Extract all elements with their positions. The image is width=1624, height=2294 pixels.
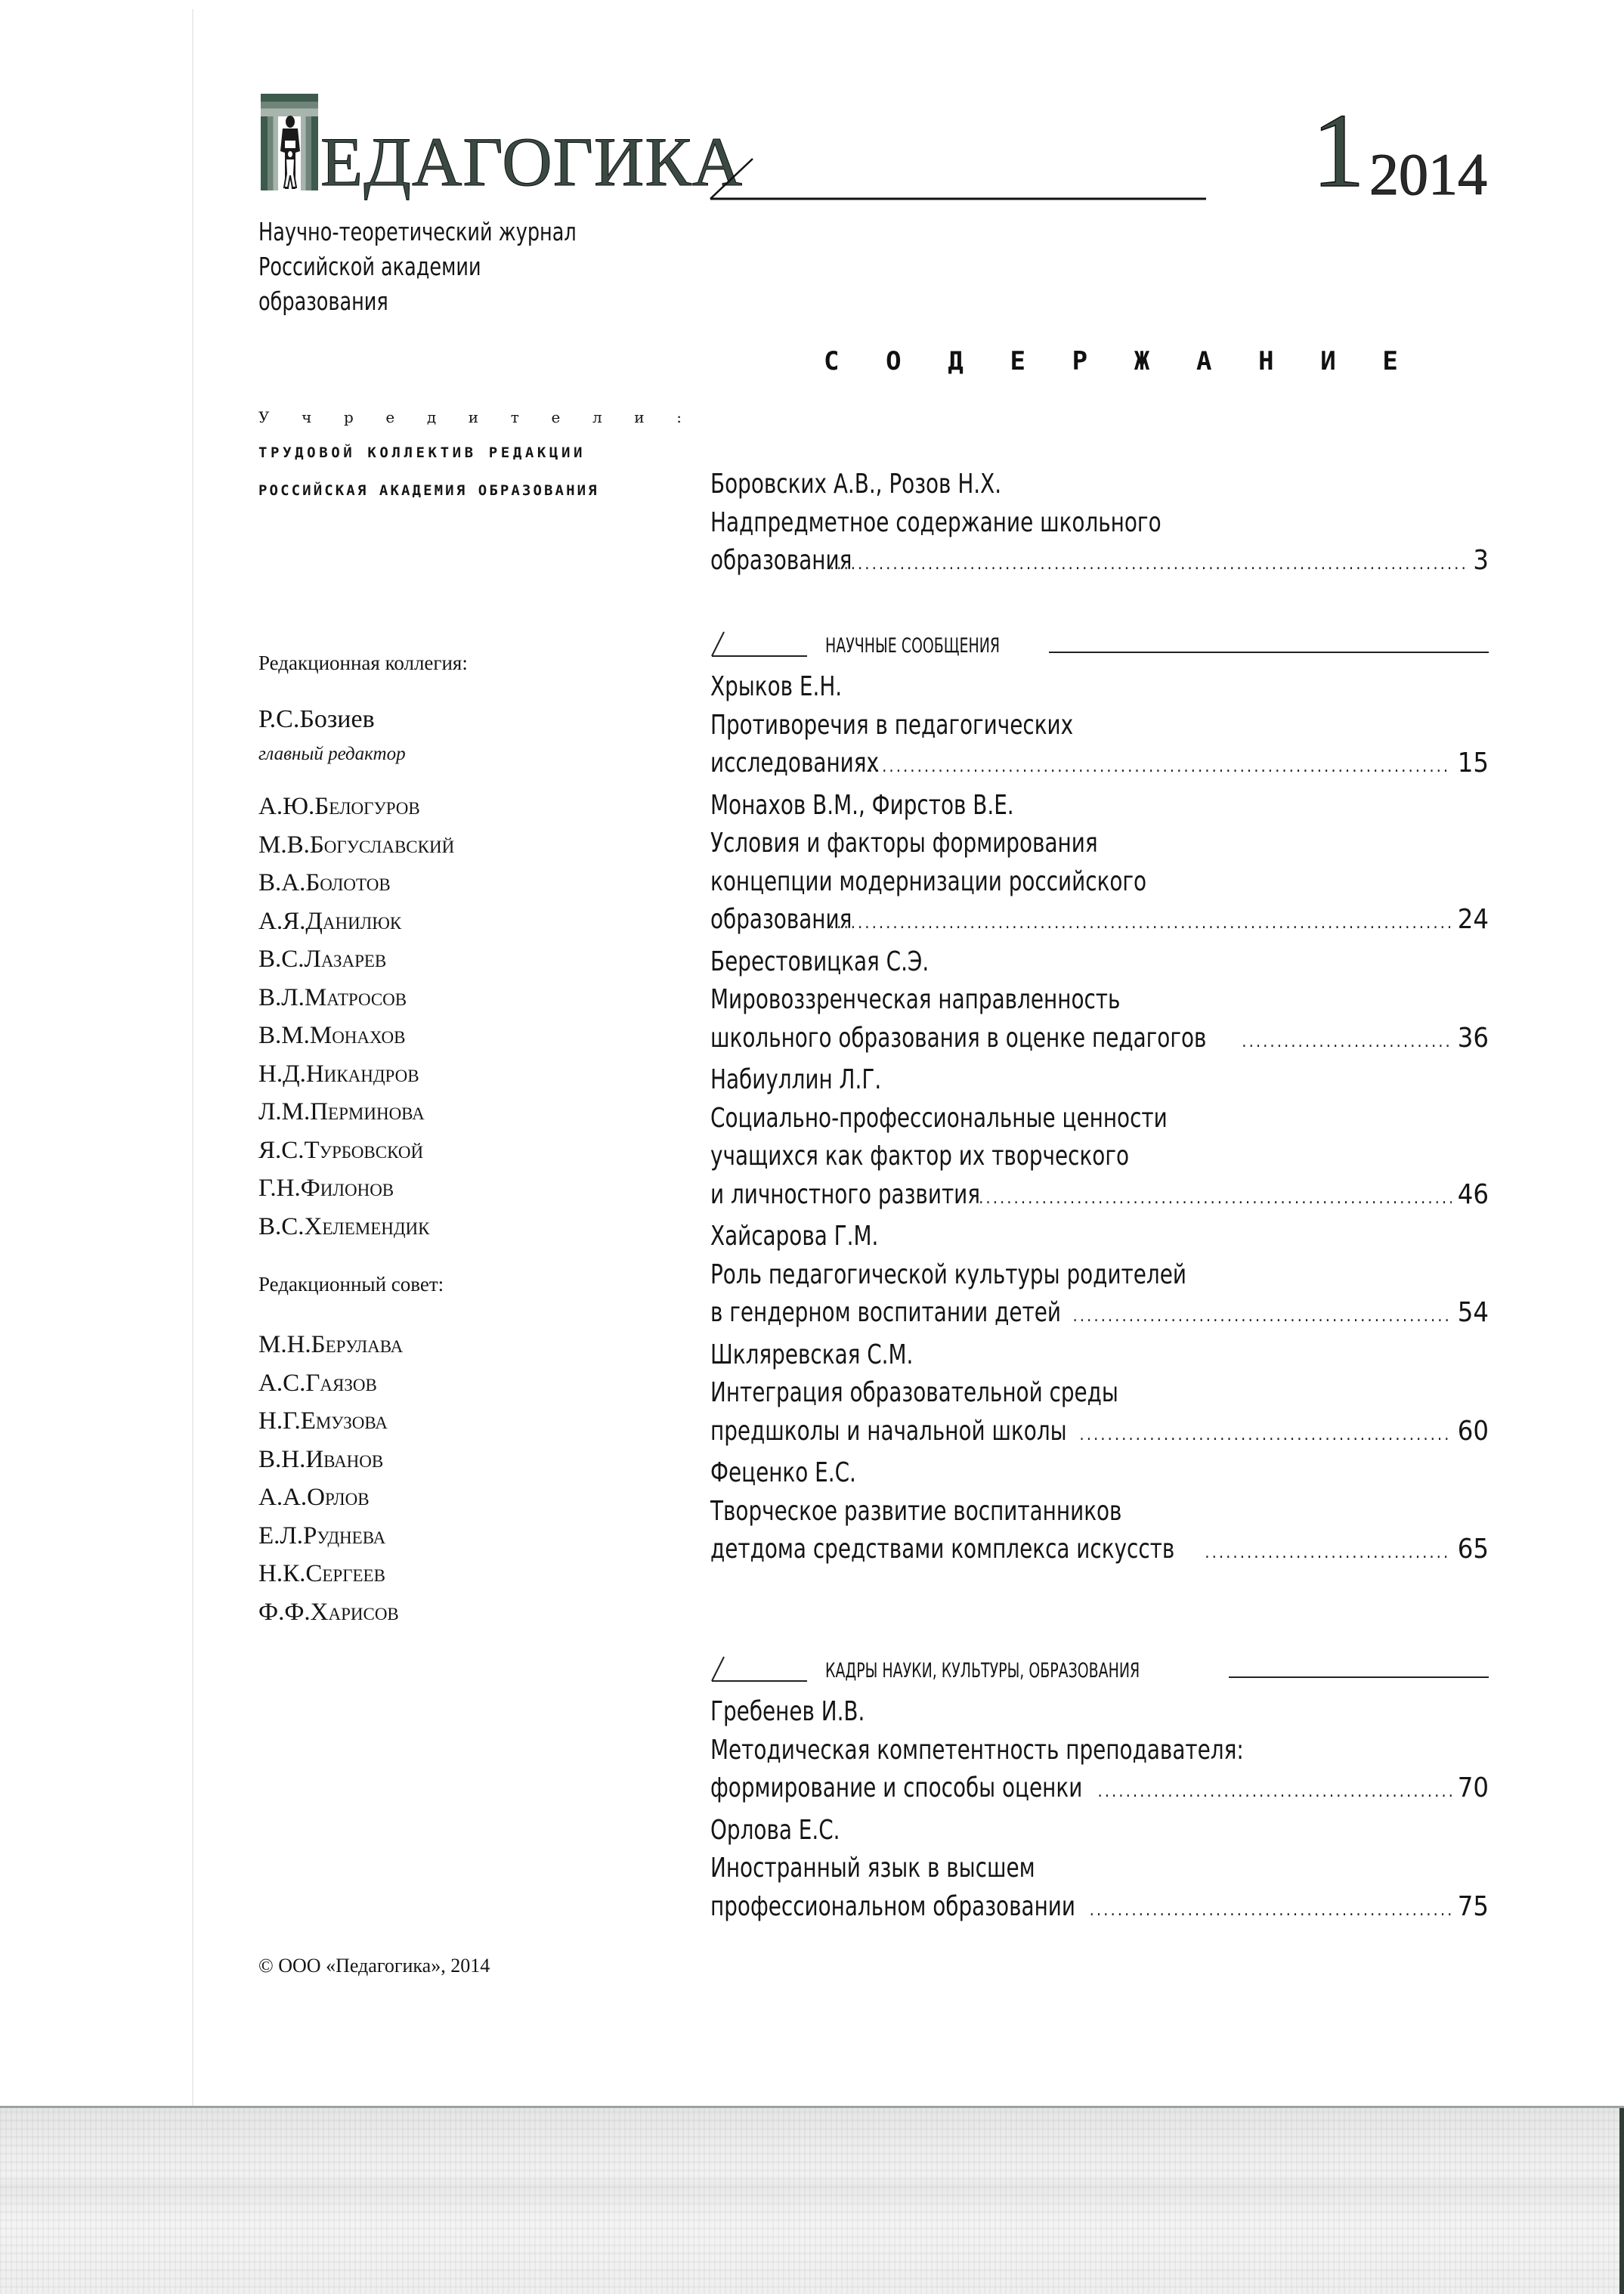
toc-title-line: детдома средствами комплекса искусств [710, 1531, 1174, 1569]
person-name: В.Л.Матросов [258, 979, 667, 1017]
toc-title-last-line: образования.............................… [710, 901, 1489, 943]
toc-title-last-line: исследованиях...........................… [710, 745, 1489, 787]
person-name: М.В.Богуславский [258, 826, 667, 865]
section-rule [1049, 652, 1489, 653]
letter: Д [948, 346, 963, 376]
toc-page-number: 3 [1473, 542, 1489, 580]
letter: С [824, 346, 839, 376]
toc-entry[interactable]: Гребенев И.В.Методическая компетентность… [710, 1693, 1489, 1812]
letter: А [1196, 346, 1211, 376]
toc-page-number: 54 [1458, 1294, 1489, 1333]
section-header-personnel: КАДРЫ НАУКИ, КУЛЬТУРЫ, ОБРАЗОВАНИЯ [710, 1649, 1489, 1683]
board-members-list: А.Ю.БелогуровМ.В.БогуславскийВ.А.Болотов… [258, 788, 667, 1246]
person-name: А.С.Гаязов [258, 1364, 667, 1403]
toc-page-number: 60 [1458, 1413, 1489, 1451]
board-heading: Редакционная коллегия: [258, 650, 667, 676]
issue-year: 2014 [1369, 145, 1487, 204]
letter: И [1320, 346, 1335, 376]
toc-entry[interactable]: Хрыков Е.Н.Противоречия в педагогических… [710, 668, 1489, 787]
letter: : [676, 408, 682, 426]
toc-title-last-line: детдома средствами комплекса искусств...… [710, 1531, 1489, 1573]
toc-page-number: 36 [1458, 1020, 1489, 1058]
toc-title-line: предшколы и начальной школы [710, 1413, 1067, 1451]
toc-author: Берестовицкая С.Э. [710, 943, 1380, 982]
toc-title-line: Противоречия в педагогических [710, 707, 1380, 745]
person-name: А.Ю.Белогуров [258, 788, 667, 826]
toc-leader-dots: ........................................… [830, 905, 1452, 943]
toc-title-line: и личностного развития [710, 1176, 980, 1215]
toc-author: Шкляревская С.М. [710, 1336, 1380, 1375]
toc-entry[interactable]: Орлова Е.С.Иностранный язык в высшемпроф… [710, 1812, 1489, 1930]
letter: е [385, 408, 394, 426]
toc-title-last-line: школьного образования в оценке педагогов… [710, 1020, 1489, 1062]
section-header-scientific-reports: НАУЧНЫЕ СООБЩЕНИЯ [710, 624, 1489, 658]
toc-title-last-line: профессиональном образовании............… [710, 1888, 1489, 1930]
toc-entry[interactable]: Берестовицкая С.Э.Мировоззренческая напр… [710, 943, 1489, 1062]
toc-page-number: 24 [1458, 901, 1489, 940]
council-members-list: М.Н.БерулаваА.С.ГаязовН.Г.ЕмузоваВ.Н.Ива… [258, 1326, 667, 1631]
toc-title-line: Творческое развитие воспитанников [710, 1493, 1380, 1531]
person-name: Н.Г.Емузова [258, 1402, 667, 1441]
subtitle-line: образования [258, 284, 577, 319]
person-name: В.Н.Иванов [258, 1441, 667, 1479]
toc-author: Гребенев И.В. [710, 1693, 1380, 1732]
toc-page-number: 46 [1458, 1176, 1489, 1215]
page-edge [192, 9, 193, 2110]
letter: Е [1010, 346, 1025, 376]
toc-page-number: 65 [1458, 1531, 1489, 1569]
founder-line: РОССИЙСКАЯ АКАДЕМИЯ ОБРАЗОВАНИЯ [258, 482, 599, 499]
toc-title-line: формирование и способы оценки [710, 1769, 1082, 1808]
toc-page-number: 70 [1458, 1769, 1489, 1808]
toc-entry[interactable]: Феценко Е.С.Творческое развитие воспитан… [710, 1454, 1489, 1573]
founder-line: ТРУДОВОЙ КОЛЛЕКТИВ РЕДАКЦИИ [258, 444, 586, 461]
toc-leader-dots: ........................................… [979, 1180, 1452, 1218]
toc-leader-dots: ........................................… [1079, 1416, 1451, 1455]
person-name: Я.С.Турбовской [258, 1132, 667, 1170]
person-name: Н.К.Сергеев [258, 1555, 667, 1593]
toc-lead: Боровских А.В., Розов Н.Х.Надпредметное … [710, 466, 1489, 584]
toc-author: Хайсарова Г.М. [710, 1218, 1380, 1256]
toc-leader-dots: ........................................… [1205, 1534, 1452, 1573]
letter: л [592, 408, 602, 426]
section-heading: КАДРЫ НАУКИ, КУЛЬТУРЫ, ОБРАЗОВАНИЯ [825, 1659, 1140, 1683]
subtitle-line: Российской академии [258, 249, 577, 284]
person-name: А.А.Орлов [258, 1478, 667, 1517]
person-name: Л.М.Перминова [258, 1093, 667, 1132]
toc-entry[interactable]: Хайсарова Г.М.Роль педагогической культу… [710, 1218, 1489, 1336]
toc-leader-dots: ........................................… [1242, 1023, 1452, 1062]
toc-title-line: Мировоззренческая направленность [710, 981, 1380, 1020]
scan-background-strip [0, 2106, 1624, 2294]
toc-title-line: профессиональном образовании [710, 1888, 1075, 1927]
person-name: А.Я.Данилюк [258, 902, 667, 941]
masthead-rule [709, 156, 1208, 201]
toc-title-last-line: в гендерном воспитании детей............… [710, 1294, 1489, 1336]
section-heading: НАУЧНЫЕ СООБЩЕНИЯ [825, 634, 1000, 658]
toc-title-last-line: предшколы и начальной школы.............… [710, 1413, 1489, 1455]
toc-title-line: Социально-профессиональные ценности [710, 1100, 1380, 1138]
letter: У [258, 408, 269, 426]
toc-title-line: Надпредметное содержание школьного [710, 504, 1380, 543]
masthead-title: ЕДАГОГИКА [320, 127, 743, 197]
toc-title-line: Методическая компетентность преподавател… [710, 1732, 1380, 1770]
toc-title-last-line: и личностного развития..................… [710, 1176, 1489, 1218]
subtitle-line: Научно-теоретический журнал [258, 215, 577, 249]
toc-title-line: образования [710, 901, 852, 940]
toc-author: Монахов В.М., Фирстов В.Е. [710, 787, 1380, 825]
section-slash-icon [710, 1654, 809, 1683]
copyright: © ООО «Педагогика», 2014 [258, 1955, 490, 1977]
toc-leader-dots: ........................................… [830, 546, 1468, 584]
letter: т [511, 408, 519, 426]
toc-title-line: Интеграция образовательной среды [710, 1374, 1380, 1413]
toc-author: Орлова Е.С. [710, 1812, 1380, 1850]
toc-page-number: 75 [1458, 1888, 1489, 1927]
person-name: В.М.Монахов [258, 1017, 667, 1055]
toc-title-last-line: образования.............................… [710, 542, 1489, 584]
toc-author: Набиуллин Л.Г. [710, 1061, 1380, 1100]
toc-title-line: учащихся как фактор их творческого [710, 1138, 1380, 1176]
issue-number: 1 [1312, 98, 1365, 204]
chief-editor-name: Р.С.Бозиев [258, 704, 667, 735]
person-name: Г.Н.Филонов [258, 1169, 667, 1208]
toc-author: Боровских А.В., Розов Н.Х. [710, 466, 1380, 504]
toc-leader-dots: ........................................… [1072, 1298, 1451, 1336]
toc-title-line: школьного образования в оценке педагогов [710, 1020, 1206, 1058]
toc-leader-dots: ........................................… [1090, 1892, 1452, 1930]
person-name: Е.Л.Руднева [258, 1517, 667, 1556]
person-name: Н.Д.Никандров [258, 1055, 667, 1094]
toc-section-scientific-reports: Хрыков Е.Н.Противоречия в педагогических… [710, 668, 1489, 1573]
toc-author: Хрыков Е.Н. [710, 668, 1380, 707]
letter: Р [1072, 346, 1087, 376]
toc-page-number: 15 [1458, 745, 1489, 783]
toc-title-line: в гендерном воспитании детей [710, 1294, 1061, 1333]
toc-title-line: Роль педагогической культуры родителей [710, 1256, 1380, 1295]
chief-editor-role: главный редактор [258, 742, 667, 766]
toc-entry[interactable]: Боровских А.В., Розов Н.Х.Надпредметное … [710, 466, 1489, 584]
toc-entry[interactable]: Монахов В.М., Фирстов В.Е.Условия и факт… [710, 787, 1489, 943]
toc-entry[interactable]: Шкляревская С.М.Интеграция образовательн… [710, 1336, 1489, 1455]
editorial-board: Редакционная коллегия: Р.С.Бозиев главны… [258, 650, 667, 1631]
letter: д [427, 408, 436, 426]
founders-label: Учредители: [258, 408, 682, 426]
letter: Е [1382, 346, 1397, 376]
letter: р [344, 408, 354, 426]
letter: О [886, 346, 901, 376]
toc-leader-dots: ........................................… [861, 748, 1452, 787]
council-heading: Редакционный совет: [258, 1271, 667, 1297]
person-name: В.С.Лазарев [258, 940, 667, 979]
toc-entry[interactable]: Набиуллин Л.Г.Социально-профессиональные… [710, 1061, 1489, 1218]
section-slash-icon [710, 629, 809, 658]
toc-leader-dots: ........................................… [1097, 1773, 1451, 1812]
person-name: М.Н.Берулава [258, 1326, 667, 1364]
letter: и [634, 408, 644, 426]
contents-title: СОДЕРЖАНИЕ [824, 346, 1398, 376]
journal-subtitle: Научно-теоретический журнал Российской а… [258, 215, 577, 319]
section-rule [1229, 1676, 1489, 1678]
toc-author: Феценко Е.С. [710, 1454, 1380, 1493]
toc-section-personnel: Гребенев И.В.Методическая компетентность… [710, 1693, 1489, 1930]
person-name: Ф.Ф.Харисов [258, 1593, 667, 1632]
letter: ч [302, 408, 311, 426]
toc-title-line: концепции модернизации российского [710, 863, 1380, 902]
toc-title-line: исследованиях [710, 745, 879, 783]
toc-title-line: Иностранный язык в высшем [710, 1850, 1380, 1888]
person-name: В.А.Болотов [258, 864, 667, 902]
toc-title-line: Условия и факторы формирования [710, 825, 1380, 863]
letter: Н [1258, 346, 1273, 376]
letter: и [469, 408, 478, 426]
toc-title-last-line: формирование и способы оценки...........… [710, 1769, 1489, 1812]
journal-logo-icon [261, 94, 318, 190]
letter: е [551, 408, 560, 426]
letter: Ж [1134, 346, 1149, 376]
toc-title-line: образования [710, 542, 852, 580]
person-name: В.С.Хелемендик [258, 1208, 667, 1246]
